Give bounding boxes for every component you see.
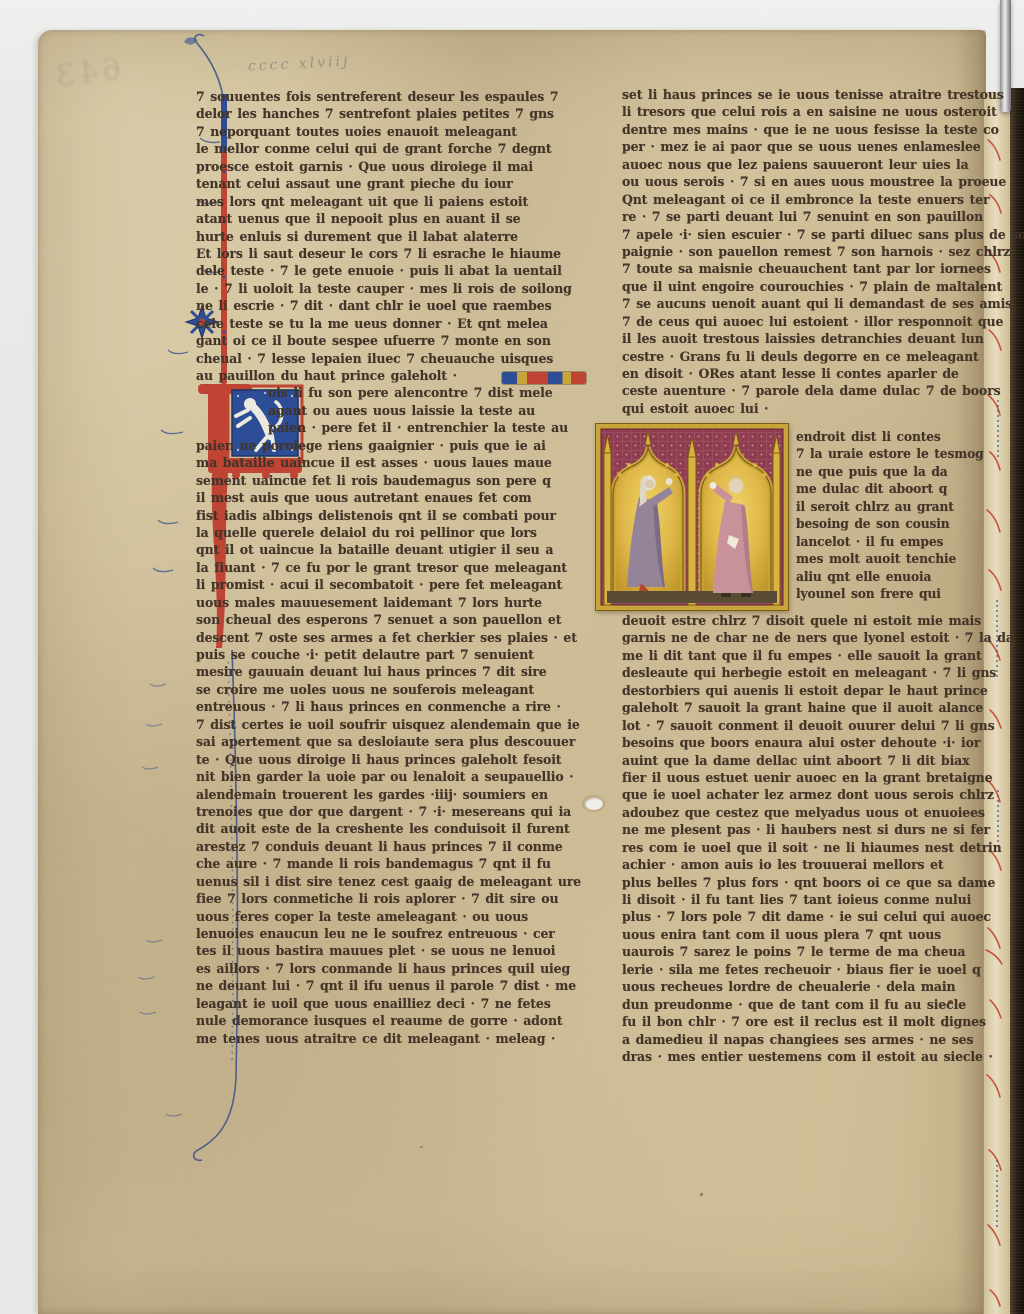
text-line: 7 de ceus qui auoec lui estoient · illor…: [622, 312, 974, 330]
text-line: alendemain trouerent les gardes ·iiij· s…: [196, 785, 588, 803]
left-lines-bottom: paien ne poroiege riens gaaignier · puis…: [196, 437, 588, 1047]
text-line: 7 toute sa maisnie cheuauchent tant par …: [622, 260, 974, 278]
text-line: la quelle querele delaiol du roi pellino…: [196, 524, 588, 542]
text-line: uous recheues lordre de cheualerie · del…: [622, 978, 974, 996]
text-line: que il uint engoire courouchies · 7 plai…: [622, 277, 974, 295]
text-line: uaurois 7 sarez le poins 7 le terme de m…: [622, 943, 974, 961]
text-line: le · 7 li uoloit la teste cauper · mes l…: [196, 279, 588, 297]
text-line: cele teste se tu la me ueus donner · Et …: [196, 314, 588, 332]
ink-speck: [420, 1146, 423, 1148]
text-line: plus · 7 lors pole 7 dit dame · ie sui c…: [622, 908, 974, 926]
text-line: dras · mes entier uestemens com il estoi…: [622, 1048, 974, 1066]
text-line: galeholt 7 sauoit la grant haine que il …: [622, 699, 974, 717]
text-line: a damedieu il napas changiees ses armes …: [622, 1030, 974, 1048]
text-line: adoubez que cestez que melyadus uous ot …: [622, 803, 974, 821]
text-line: il seroit chlrz au grant: [796, 497, 972, 515]
text-line: lyounel son frere qui: [796, 585, 972, 603]
text-line: qnt il ot uaincue la bataille deuant uti…: [196, 541, 588, 559]
left-lines-beside-initial: ois li fu son pere alencontre 7 dist mel…: [196, 384, 588, 436]
text-line: le mellor conme celui qui de grant forch…: [196, 140, 588, 158]
text-line: ne li escrie · 7 dit · dant chlr ie uoel…: [196, 297, 588, 315]
text-line: gant oi ce il boute sespee ufuerre 7 mon…: [196, 332, 588, 350]
text-line: proesce estoit garnis · Que uous diroieg…: [196, 157, 588, 175]
text-line: puis se couche ·i· petit delautre part 7…: [196, 646, 588, 664]
text-line: ma bataille uaincue il est asses · uous …: [196, 454, 588, 472]
scan-canvas: 643 cccc xlviij: [0, 0, 1024, 1314]
text-line: tenant celui assaut une grant pieche du …: [196, 175, 588, 193]
text-line: ou uous serois · 7 si en aues uous moust…: [622, 173, 974, 191]
left-lines-top: 7 souuentes fois sentreferent deseur les…: [196, 88, 588, 384]
text-line: desleaute qui herbegie estoit en meleaga…: [622, 664, 974, 682]
text-line: arestez 7 conduis deuant li haus princes…: [196, 837, 588, 855]
text-line: me tenes uous atraitre ce dit meleagant …: [196, 1029, 588, 1047]
right-lines-bottom: deuoit estre chlrz 7 disoit quele ni est…: [622, 612, 974, 1065]
text-line: cestre · Grans fu li deuls degorre en ce…: [622, 347, 974, 365]
text-line: es aillors · 7 lors conmande li haus pri…: [196, 960, 588, 978]
text-line: li disoit · il fu tant lies 7 tant ioieu…: [622, 891, 974, 909]
text-line: paignie · son pauellon remest 7 son harn…: [622, 243, 974, 261]
text-line: endroit dist li contes: [796, 428, 972, 446]
text-line: tes il uous bastira mauues plet · se uou…: [196, 942, 588, 960]
text-line: il mest auis que uous autretant enaues f…: [196, 489, 588, 507]
text-line: leagant ie uoil que uous enailliez deci …: [196, 994, 588, 1012]
text-line: la fiuant · 7 ce fu por le grant tresor …: [196, 558, 588, 576]
text-line: per · mez ie ai paor que se uous uenes e…: [622, 138, 974, 156]
text-line: besoins que boors enaura alui oster deho…: [622, 734, 974, 752]
text-line: mesire gauuain deuant lui haus princes 7…: [196, 663, 588, 681]
text-line: nit bien garder la uoie par ou lenaloit …: [196, 768, 588, 786]
text-line: trenoies que dor que dargent · 7 ·i· mes…: [196, 803, 588, 821]
text-line: atant uenus que il nepooit plus en auant…: [196, 210, 588, 228]
text-line: 7 apele ·i· sien escuier · 7 se parti di…: [622, 225, 974, 243]
text-line: agant ou aues uous laissie la teste au: [196, 402, 588, 420]
text-line: che aure · 7 mande li rois bandemagus 7 …: [196, 855, 588, 873]
text-line: mes molt auoit tenchie: [796, 550, 972, 568]
text-line: hurte enluis si durement que il labat al…: [196, 227, 588, 245]
text-line: lancelot · il fu empes: [796, 532, 972, 550]
text-line: 7 souuentes fois sentreferent deseur les…: [196, 88, 588, 106]
text-line: dentre mes mains · que ie ne uous fesiss…: [622, 121, 974, 139]
text-line: delor les hanches 7 sentrefont plaies pe…: [196, 105, 588, 123]
text-line: me dulac dit aboort q: [796, 480, 972, 498]
text-line: 7 neporquant toutes uoies enauoit meleag…: [196, 123, 588, 141]
text-line: fu il bon chlr · 7 ore est il reclus est…: [622, 1013, 974, 1031]
text-line: ne deuant lui · 7 qnt il ifu uenus il pa…: [196, 977, 588, 995]
right-text-column-bottom: deuoit estre chlrz 7 disoit quele ni est…: [622, 612, 974, 1065]
text-line: uous enira tant com il uous plera 7 qnt …: [622, 926, 974, 944]
text-line: lerie · sila me fetes recheuoir · biaus …: [622, 960, 974, 978]
text-line: 7 dist certes ie uoil soufrir uisquez al…: [196, 715, 588, 733]
text-line: sement uaincue fet li rois baudemagus so…: [196, 471, 588, 489]
text-line: mes lors qnt meleagant uit que li paiens…: [196, 192, 588, 210]
text-line: il les auoit trestous laissies detranchi…: [622, 330, 974, 348]
text-line: sai apertement que sa desloiaute sera pl…: [196, 733, 588, 751]
text-line: cheual · 7 lesse lepaien iluec 7 cheuauc…: [196, 349, 588, 367]
text-line: en disoit · ORes atant lesse li contes a…: [622, 365, 974, 383]
text-line: auint que la dame dellac uint aboort 7 l…: [622, 751, 974, 769]
text-line: fier il uous estuet uenir auoec en la gr…: [622, 769, 974, 787]
right-text-column-beside-miniature: endroit dist li contes7 la uraie estore …: [796, 428, 972, 602]
text-line: uous feres coper la teste ameleagant · o…: [196, 907, 588, 925]
right-text-column-top: set li haus princes se ie uous tenisse a…: [622, 86, 974, 417]
text-line: aliu qnt elle enuoia: [796, 567, 972, 585]
text-line: uous males mauuesement laidemant 7 lors …: [196, 593, 588, 611]
text-line: Qnt meleagant oi ce il embronce la teste…: [622, 190, 974, 208]
text-line: Et lors li saut deseur le cors 7 li esra…: [196, 245, 588, 263]
text-line: deuoit estre chlrz 7 disoit quele ni est…: [622, 612, 974, 630]
text-line: ne que puis que la da: [796, 463, 972, 481]
text-line: paien ne poroiege riens gaaignier · puis…: [196, 436, 588, 454]
text-line: li promist · acui il secombatoit · pere …: [196, 576, 588, 594]
text-line: nule demorance iusques el reaume de gorr…: [196, 1012, 588, 1030]
text-line: res com ie uoel que il soit · ne li hiau…: [622, 838, 974, 856]
text-line: lenuoies enaucun leu ne le soufrez entre…: [196, 925, 588, 943]
text-line: entreuous · 7 li haus princes en conmenc…: [196, 698, 588, 716]
text-line: li tresors que celui rois a en saisine n…: [622, 103, 974, 121]
text-line: au pauillon du haut prince galeholt ·: [196, 367, 588, 385]
text-line: auoec nous que lez paiens sauueront leur…: [622, 155, 974, 173]
ink-speck: [700, 1193, 703, 1196]
text-line: dun preudonme · que de tant com il fu au…: [622, 995, 974, 1013]
text-line: son cheual des esperons 7 senuet a son p…: [196, 611, 588, 629]
text-line: me li dit tant que il fu empes · elle sa…: [622, 647, 974, 665]
text-line: qui estoit auoec lui ·: [622, 400, 974, 418]
text-line: 7 la uraie estore le tesmog: [796, 445, 972, 463]
left-text-column: 7 souuentes fois sentreferent deseur les…: [196, 88, 588, 1047]
text-line: ois li fu son pere alencontre 7 dist mel…: [196, 384, 588, 402]
text-line: descent 7 oste ses armes a fet cherkier …: [196, 628, 588, 646]
text-line: que ie uoel achater lez armez dont uous …: [622, 786, 974, 804]
text-line: te · Que uous diroige li haus princes ga…: [196, 750, 588, 768]
text-line: lot · 7 sauoit conment il deuoit ouurer …: [622, 716, 974, 734]
text-line: fiee 7 lors conmetiche li rois aplorer ·…: [196, 890, 588, 908]
text-line: achier · amon auis io les trouuerai mell…: [622, 856, 974, 874]
book-edge-binding: [1010, 88, 1024, 1314]
text-line: set li haus princes se ie uous tenisse a…: [622, 86, 974, 104]
text-line: se croire me uoles uous ne souferois mel…: [196, 681, 588, 699]
text-line: besoing de son cousin: [796, 515, 972, 533]
text-line: paien · pere fet il · entrenchier la tes…: [196, 419, 588, 437]
text-line: 7 se aucuns uenoit auant qui li demandas…: [622, 295, 974, 313]
text-line: dele teste · 7 le gete enuoie · puis li …: [196, 262, 588, 280]
text-line: plus belles 7 plus fors · qnt boors oi c…: [622, 873, 974, 891]
text-line: re · 7 se parti deuant lui 7 senuint en …: [622, 208, 974, 226]
text-line: garnis ne de char ne de ners que lyonel …: [622, 629, 974, 647]
miniature-two-figures: [595, 423, 789, 611]
text-line: destorbiers qui auenis li estoit depar l…: [622, 681, 974, 699]
text-line: dit auoit este de la creshente les condu…: [196, 820, 588, 838]
text-line: fist iadis albings delistenois qnt il se…: [196, 506, 588, 524]
text-line: uenus sil i dist sire tenez cest gaaig d…: [196, 872, 588, 890]
text-line: ceste auenture · 7 parole dela dame dula…: [622, 382, 974, 400]
text-line: ne me plesent pas · li haubers nest si d…: [622, 821, 974, 839]
right-lines-beside: endroit dist li contes7 la uraie estore …: [796, 428, 972, 602]
right-lines-top: set li haus princes se ie uous tenisse a…: [622, 86, 974, 417]
